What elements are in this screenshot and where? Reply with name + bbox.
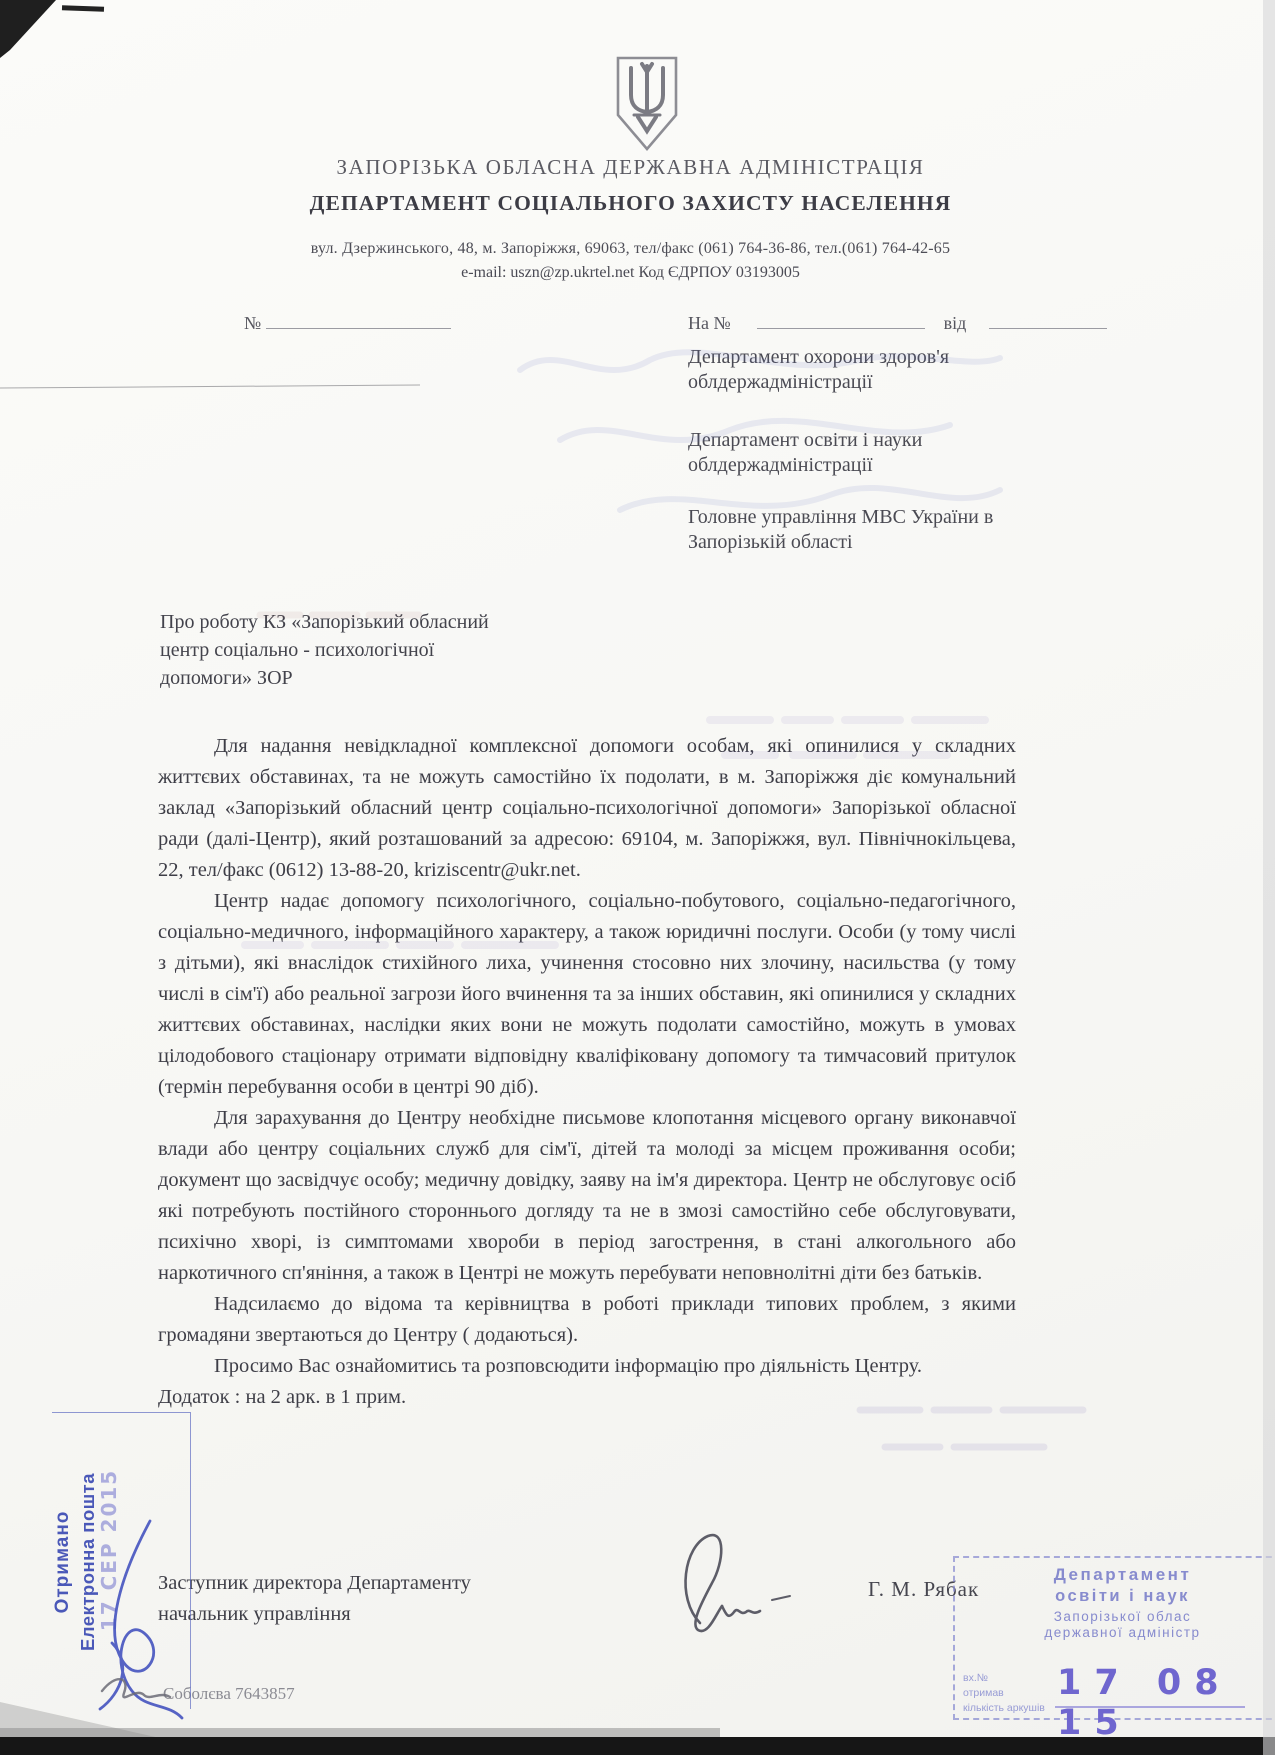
registration-stamp-line1: Департамент [955,1565,1275,1585]
scan-artifact-line [0,385,420,389]
body-paragraph: Центр надає допомогу психологічного, соц… [158,886,1016,1103]
outgoing-number: № [244,312,451,334]
address-line: вул. Дзержинського, 48, м. Запоріжжя, 69… [0,240,1261,258]
org-name: ЗАПОРІЗЬКА ОБЛАСНА ДЕРЖАВНА АДМІНІСТРАЦІ… [0,155,1261,180]
tryzub-emblem-icon [612,55,682,154]
signer-position-line2: начальник управління [158,1599,471,1630]
from-date-blank [989,312,1107,329]
bleedthrough-mark [480,330,1020,540]
number-blank [266,312,451,329]
registration-stamp-date: 17 08 15 [1057,1663,1275,1743]
number-label: № [244,313,261,333]
field-received-by: отримав [963,1686,1045,1701]
email-line: e-mail: uszn@zp.ukrtel.net Код ЄДРПОУ 03… [0,264,1261,282]
received-stamp-line1: Отримано [52,1421,74,1703]
registration-stamp-line2: освіти і наук [955,1587,1275,1606]
registration-stamp-line3: Запорізької облас [955,1609,1275,1624]
bleedthrough-mark [845,1385,1115,1475]
handwritten-signature [668,1528,813,1643]
received-stamp: Отримано Електронна пошта 17 СЕР 2015 [52,1412,191,1709]
field-sheet-count: кількість аркушів [963,1701,1045,1716]
bleedthrough-mark [700,695,1020,775]
scan-artifact-band [0,1737,1275,1755]
registration-stamp-dateline [1055,1706,1245,1708]
registration-stamp-line4: державної адміністр [955,1625,1275,1640]
letter-body: Для надання невідкладної комплексної доп… [158,731,1016,1413]
body-paragraph: Для зарахування до Центру необхідне пись… [158,1103,1016,1289]
dept-name: ДЕПАРТАМЕНТ СОЦІАЛЬНОГО ЗАХИСТУ НАСЕЛЕНН… [0,191,1261,216]
scan-artifact-tick [62,5,104,11]
scan-artifact-edge [1263,0,1275,1755]
scan-artifact-corner [0,0,60,60]
pen-scribble-icon [72,1513,202,1723]
scan-artifact-shadow [0,1728,720,1737]
signer-position: Заступник директора Департаменту начальн… [158,1568,471,1630]
bleedthrough-mark [250,585,430,645]
field-incoming-number: вх.№ [963,1671,1045,1686]
bleedthrough-mark [235,920,655,980]
body-paragraph: Надсилаємо до відома та керівництва в ро… [158,1289,1016,1351]
registration-stamp-fields: вх.№ отримав кількість аркушів [963,1671,1045,1716]
body-paragraph: Просимо Вас ознайомитись та розповсюдити… [158,1351,1016,1382]
scanned-letter-page: ЗАПОРІЗЬКА ОБЛАСНА ДЕРЖАВНА АДМІНІСТРАЦІ… [0,0,1275,1755]
signer-position-line1: Заступник директора Департаменту [158,1568,471,1599]
on-number-blank [757,312,925,329]
registration-stamp: Департамент освіти і наук Запорізької об… [953,1556,1275,1720]
